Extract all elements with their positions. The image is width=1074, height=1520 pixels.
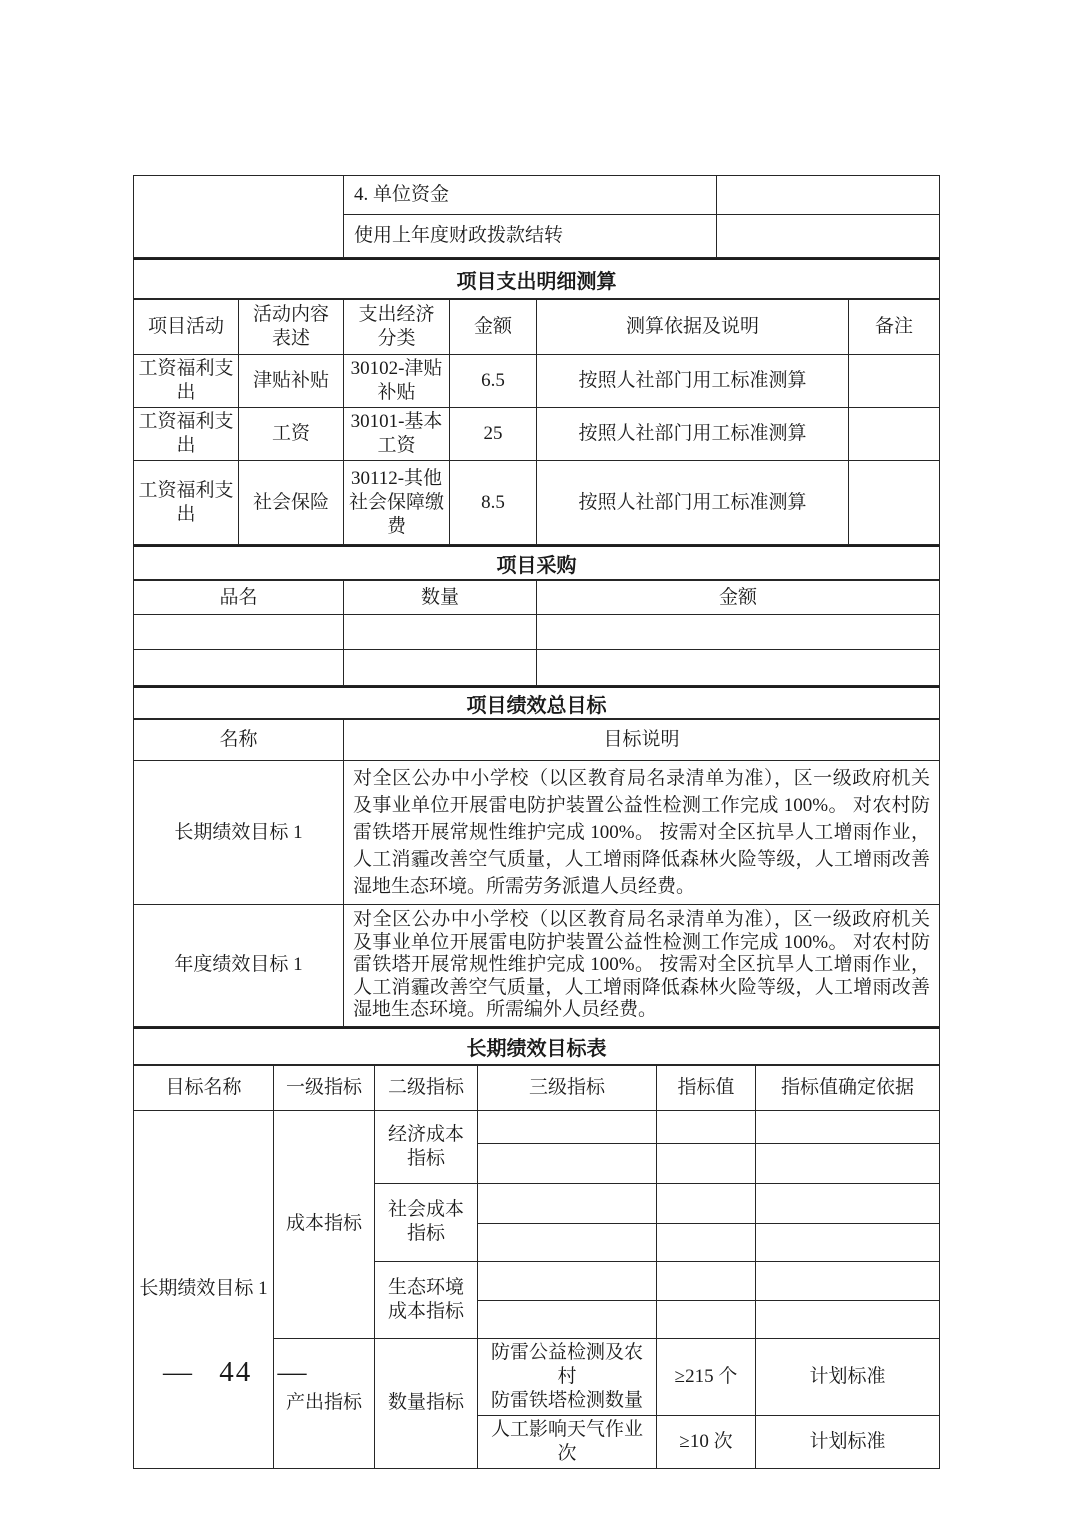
empty-cell: [756, 1223, 940, 1261]
col-header-value-basis: 指标值确定依据: [756, 1065, 940, 1110]
col-header-level2-indicator: 二级指标: [375, 1065, 478, 1110]
empty-cell: [756, 1143, 940, 1183]
col-header-expense-class: 支出经济 分类: [344, 300, 450, 355]
col-header-amount: 金额: [537, 581, 940, 615]
cell-activity: 工资福利支 出: [134, 461, 239, 545]
empty-cell: [478, 1183, 657, 1223]
empty-cell: [478, 1110, 657, 1143]
budget-document-table: 4. 单位资金 使用上年度财政拨款结转 项目支出明细测算 项目活动 活动内容 表…: [133, 175, 940, 1469]
cell-activity-desc: 工资: [239, 408, 344, 461]
indicator-value: ≥10 次: [657, 1415, 756, 1468]
empty-cell: [134, 615, 344, 650]
ecological-cost-indicator-cell: 生态环境 成本指标: [375, 1261, 478, 1338]
empty-cell: [478, 1223, 657, 1261]
tertiary-indicator: 防雷公益检测及农村 防雷铁塔检测数量: [478, 1338, 657, 1415]
empty-cell: [657, 1223, 756, 1261]
col-header-goal-name: 目标名称: [134, 1065, 274, 1110]
col-header-remark: 备注: [849, 300, 940, 355]
empty-cell: [344, 615, 537, 650]
carryover-row-value: [717, 176, 940, 215]
empty-cell: [657, 1261, 756, 1300]
cell-amount: 25: [450, 408, 537, 461]
empty-cell: [478, 1261, 657, 1300]
carryover-row-label: 4. 单位资金: [344, 176, 717, 215]
value-basis: 计划标准: [756, 1338, 940, 1415]
empty-cell: [344, 650, 537, 686]
cell-remark: [849, 355, 940, 408]
overall-goals-table: 名称 目标说明 长期绩效目标 1 对全区公办中小学校（以区教育局名录清单为准），…: [133, 719, 940, 1027]
social-cost-indicator-cell: 社会成本 指标: [375, 1183, 478, 1261]
cell-amount: 8.5: [450, 461, 537, 545]
cell-activity: 工资福利支 出: [134, 408, 239, 461]
cost-indicator-cell: 成本指标: [274, 1110, 375, 1338]
col-header-level3-indicator: 三级指标: [478, 1065, 657, 1110]
indicator-value: ≥215 个: [657, 1338, 756, 1415]
col-header-goal-desc: 目标说明: [344, 720, 940, 761]
carryover-row-value: [717, 215, 940, 258]
funding-carryover-table: 4. 单位资金 使用上年度财政拨款结转: [133, 175, 940, 258]
cell-remark: [849, 408, 940, 461]
empty-cell: [657, 1300, 756, 1338]
col-header-activity-desc: 活动内容 表述: [239, 300, 344, 355]
goal-name: 长期绩效目标 1: [134, 761, 344, 905]
empty-cell: [756, 1183, 940, 1223]
carryover-row-label: 使用上年度财政拨款结转: [344, 215, 717, 258]
empty-cell: [537, 650, 940, 686]
col-header-amount: 金额: [450, 300, 537, 355]
section-title-longterm-table: 长期绩效目标表: [133, 1027, 940, 1065]
goal-name: 年度绩效目标 1: [134, 905, 344, 1027]
cell-basis: 按照人社部门用工标准测算: [537, 355, 849, 408]
col-header-basis: 测算依据及说明: [537, 300, 849, 355]
value-basis: 计划标准: [756, 1415, 940, 1468]
section-title-procurement: 项目采购: [133, 545, 940, 580]
cell-activity: 工资福利支 出: [134, 355, 239, 408]
empty-cell: [478, 1300, 657, 1338]
carryover-left-empty-cell: [134, 176, 344, 258]
col-header-activity: 项目活动: [134, 300, 239, 355]
economic-cost-indicator-cell: 经济成本 指标: [375, 1110, 478, 1183]
col-header-item-name: 品名: [134, 581, 344, 615]
empty-cell: [756, 1110, 940, 1143]
col-header-quantity: 数量: [344, 581, 537, 615]
col-header-indicator-value: 指标值: [657, 1065, 756, 1110]
empty-cell: [657, 1110, 756, 1143]
col-header-goal-name: 名称: [134, 720, 344, 761]
cell-amount: 6.5: [450, 355, 537, 408]
empty-cell: [756, 1300, 940, 1338]
empty-cell: [478, 1143, 657, 1183]
longterm-goals-table: 目标名称 一级指标 二级指标 三级指标 指标值 指标值确定依据 长期绩效目标 1…: [133, 1065, 940, 1469]
empty-cell: [537, 615, 940, 650]
expense-detail-table: 项目活动 活动内容 表述 支出经济 分类 金额 测算依据及说明 备注 工资福利支…: [133, 299, 940, 545]
quantity-indicator-cell: 数量指标: [375, 1338, 478, 1468]
cell-activity-desc: 社会保险: [239, 461, 344, 545]
section-title-overall-goals: 项目绩效总目标: [133, 686, 940, 719]
cell-basis: 按照人社部门用工标准测算: [537, 461, 849, 545]
cell-expense-class: 30112-其他 社会保障缴 费: [344, 461, 450, 545]
empty-cell: [756, 1261, 940, 1300]
goal-description: 对全区公办中小学校（以区教育局名录清单为准），区一级政府机关及事业单位开展雷电防…: [344, 905, 940, 1027]
tertiary-indicator: 人工影响天气作业次: [478, 1415, 657, 1468]
longterm-goal-name: 长期绩效目标 1: [134, 1110, 274, 1468]
section-title-expense-detail: 项目支出明细测算: [133, 258, 940, 299]
page-number: — 44 —: [163, 1356, 309, 1389]
col-header-level1-indicator: 一级指标: [274, 1065, 375, 1110]
empty-cell: [657, 1143, 756, 1183]
procurement-table: 品名 数量 金额: [133, 580, 940, 686]
cell-expense-class: 30101-基本 工资: [344, 408, 450, 461]
cell-expense-class: 30102-津贴 补贴: [344, 355, 450, 408]
goal-description: 对全区公办中小学校（以区教育局名录清单为准），区一级政府机关及事业单位开展雷电防…: [344, 761, 940, 905]
cell-remark: [849, 461, 940, 545]
cell-basis: 按照人社部门用工标准测算: [537, 408, 849, 461]
empty-cell: [134, 650, 344, 686]
cell-activity-desc: 津贴补贴: [239, 355, 344, 408]
empty-cell: [657, 1183, 756, 1223]
